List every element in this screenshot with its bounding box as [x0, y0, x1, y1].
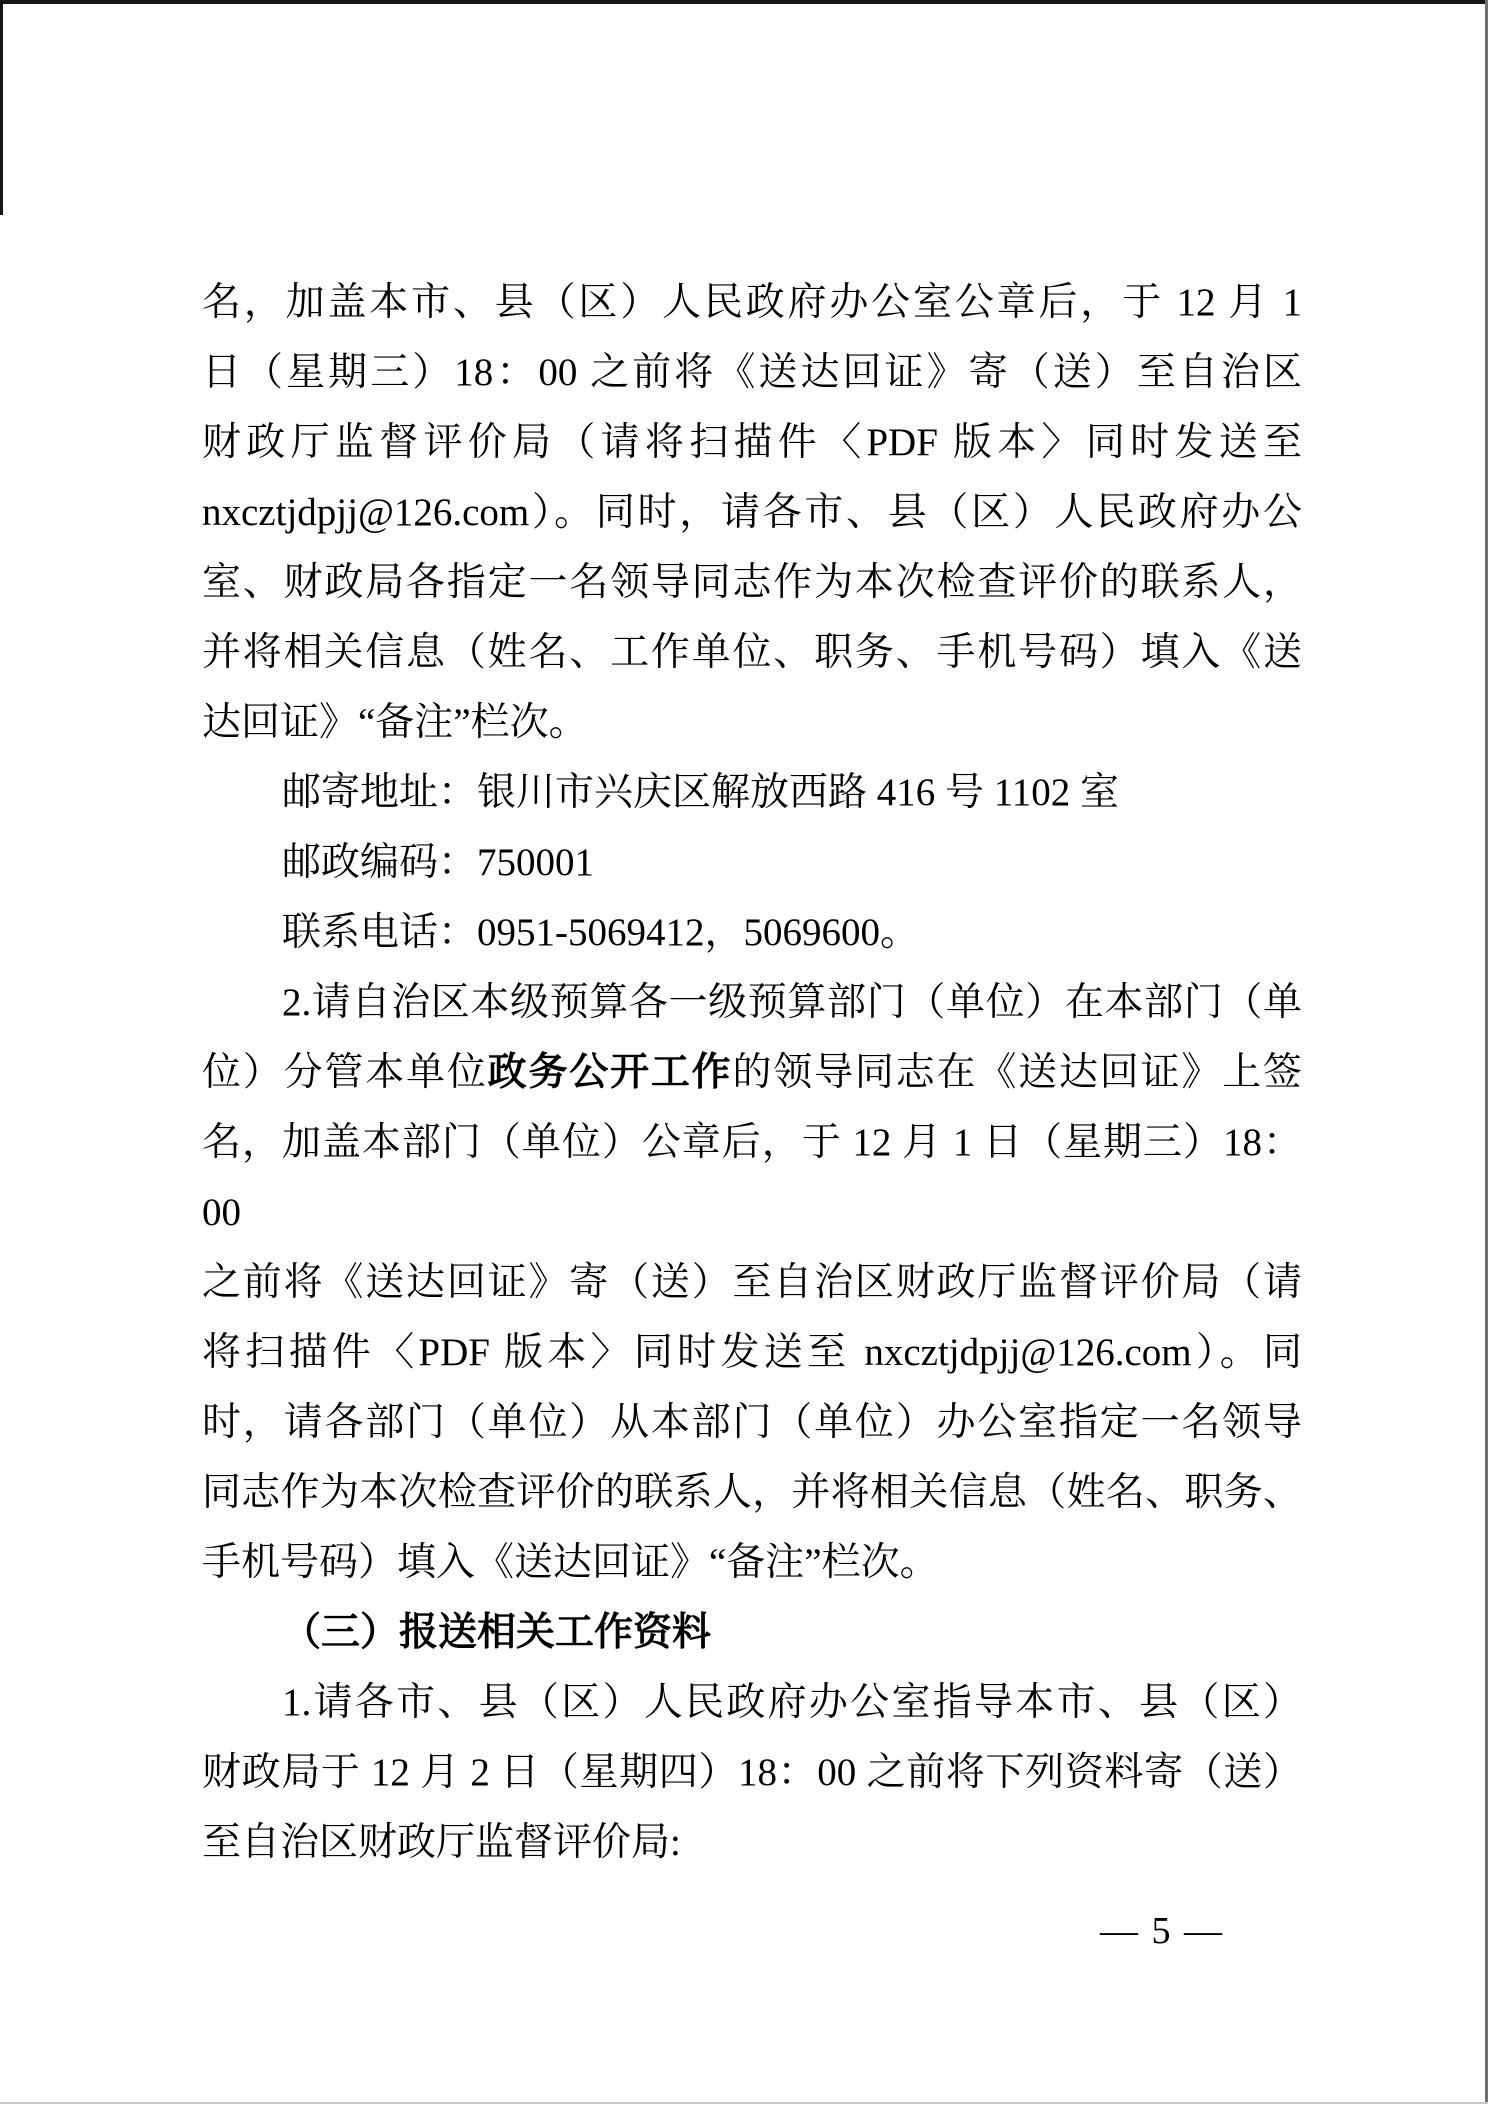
text-segment: 之前将《送达回证》寄（送）至自治区财政厅监督评价局（请: [202, 1261, 1302, 1304]
text-segment: 时，请各部门（单位）从本部门（单位）办公室指定一名领导: [202, 1401, 1302, 1444]
text-segment: 手机号码）填入《送达回证》“备注”栏次。: [202, 1541, 939, 1584]
text-segment: 至自治区财政厅监督评价局:: [202, 1821, 681, 1864]
scan-edge-top: [0, 0, 1488, 4]
text-segment: 将扫描件〈PDF 版本〉同时发送至 nxcztjdpjj@126.com）。同: [202, 1331, 1302, 1374]
text-segment-bold: 政务公开工作: [488, 1051, 733, 1094]
text-segment: 1.请各市、县（区）人民政府办公室指导本市、县（区）: [282, 1681, 1302, 1724]
text-line: 财政厅监督评价局（请将扫描件〈PDF 版本〉同时发送至: [202, 408, 1302, 478]
text-segment: 名，加盖本市、县（区）人民政府办公室公章后，于 12 月 1: [202, 281, 1302, 324]
text-line: 之前将《送达回证》寄（送）至自治区财政厅监督评价局（请: [202, 1248, 1302, 1318]
text-segment: 并将相关信息（姓名、工作单位、职务、手机号码）填入《送: [202, 631, 1302, 674]
text-segment: 名，加盖本部门（单位）公章后，于 12 月 1 日（星期三）18：00: [202, 1121, 1302, 1234]
text-line: 位）分管本单位政务公开工作的领导同志在《送达回证》上签: [202, 1038, 1302, 1108]
text-line: 同志作为本次检查评价的联系人，并将相关信息（姓名、职务、: [202, 1458, 1302, 1528]
text-line: 2.请自治区本级预算各一级预算部门（单位）在本部门（单: [202, 968, 1302, 1038]
text-segment: 位）分管本单位: [202, 1051, 488, 1094]
text-segment: 达回证》“备注”栏次。: [202, 701, 588, 744]
text-segment: 联系电话：0951-5069412，5069600。: [282, 911, 919, 954]
text-segment: 财政局于 12 月 2 日（星期四）18：00 之前将下列资料寄（送）: [202, 1751, 1302, 1794]
text-segment: 邮政编码：750001: [282, 841, 594, 884]
text-segment: 财政厅监督评价局（请将扫描件〈PDF 版本〉同时发送至: [202, 421, 1302, 464]
text-line: 至自治区财政厅监督评价局:: [202, 1808, 1302, 1878]
document-page: 名，加盖本市、县（区）人民政府办公室公章后，于 12 月 1日（星期三）18：0…: [0, 0, 1488, 2104]
text-segment: 邮寄地址：银川市兴庆区解放西路 416 号 1102 室: [282, 771, 1119, 814]
text-line: 名，加盖本市、县（区）人民政府办公室公章后，于 12 月 1: [202, 268, 1302, 338]
text-segment: 室、财政局各指定一名领导同志作为本次检查评价的联系人，: [202, 561, 1302, 604]
text-segment-bold: （三）报送相关工作资料: [282, 1611, 711, 1654]
text-line: 时，请各部门（单位）从本部门（单位）办公室指定一名领导: [202, 1388, 1302, 1458]
text-line: 室、财政局各指定一名领导同志作为本次检查评价的联系人，: [202, 548, 1302, 618]
page-number: — 5 —: [1100, 1907, 1224, 1955]
text-line: nxcztjdpjj@126.com）。同时，请各市、县（区）人民政府办公: [202, 478, 1302, 548]
text-segment: 同志作为本次检查评价的联系人，并将相关信息（姓名、职务、: [202, 1471, 1302, 1514]
text-line: 联系电话：0951-5069412，5069600。: [202, 898, 1302, 968]
text-segment: 2.请自治区本级预算各一级预算部门（单位）在本部门（单: [282, 981, 1302, 1024]
text-line: 邮寄地址：银川市兴庆区解放西路 416 号 1102 室: [202, 758, 1302, 828]
text-line: （三）报送相关工作资料: [202, 1598, 1302, 1668]
text-line: 将扫描件〈PDF 版本〉同时发送至 nxcztjdpjj@126.com）。同: [202, 1318, 1302, 1388]
text-line: 日（星期三）18：00 之前将《送达回证》寄（送）至自治区: [202, 338, 1302, 408]
text-line: 名，加盖本部门（单位）公章后，于 12 月 1 日（星期三）18：00: [202, 1108, 1302, 1248]
text-segment: nxcztjdpjj@126.com）。同时，请各市、县（区）人民政府办公: [202, 491, 1302, 534]
text-line: 邮政编码：750001: [202, 828, 1302, 898]
text-line: 达回证》“备注”栏次。: [202, 688, 1302, 758]
text-line: 手机号码）填入《送达回证》“备注”栏次。: [202, 1528, 1302, 1598]
document-body: 名，加盖本市、县（区）人民政府办公室公章后，于 12 月 1日（星期三）18：0…: [202, 268, 1302, 1878]
text-line: 1.请各市、县（区）人民政府办公室指导本市、县（区）: [202, 1668, 1302, 1738]
text-segment: 的领导同志在《送达回证》上签: [733, 1051, 1302, 1094]
text-line: 并将相关信息（姓名、工作单位、职务、手机号码）填入《送: [202, 618, 1302, 688]
scan-edge-left: [0, 0, 3, 215]
text-segment: 日（星期三）18：00 之前将《送达回证》寄（送）至自治区: [202, 351, 1302, 394]
text-line: 财政局于 12 月 2 日（星期四）18：00 之前将下列资料寄（送）: [202, 1738, 1302, 1808]
